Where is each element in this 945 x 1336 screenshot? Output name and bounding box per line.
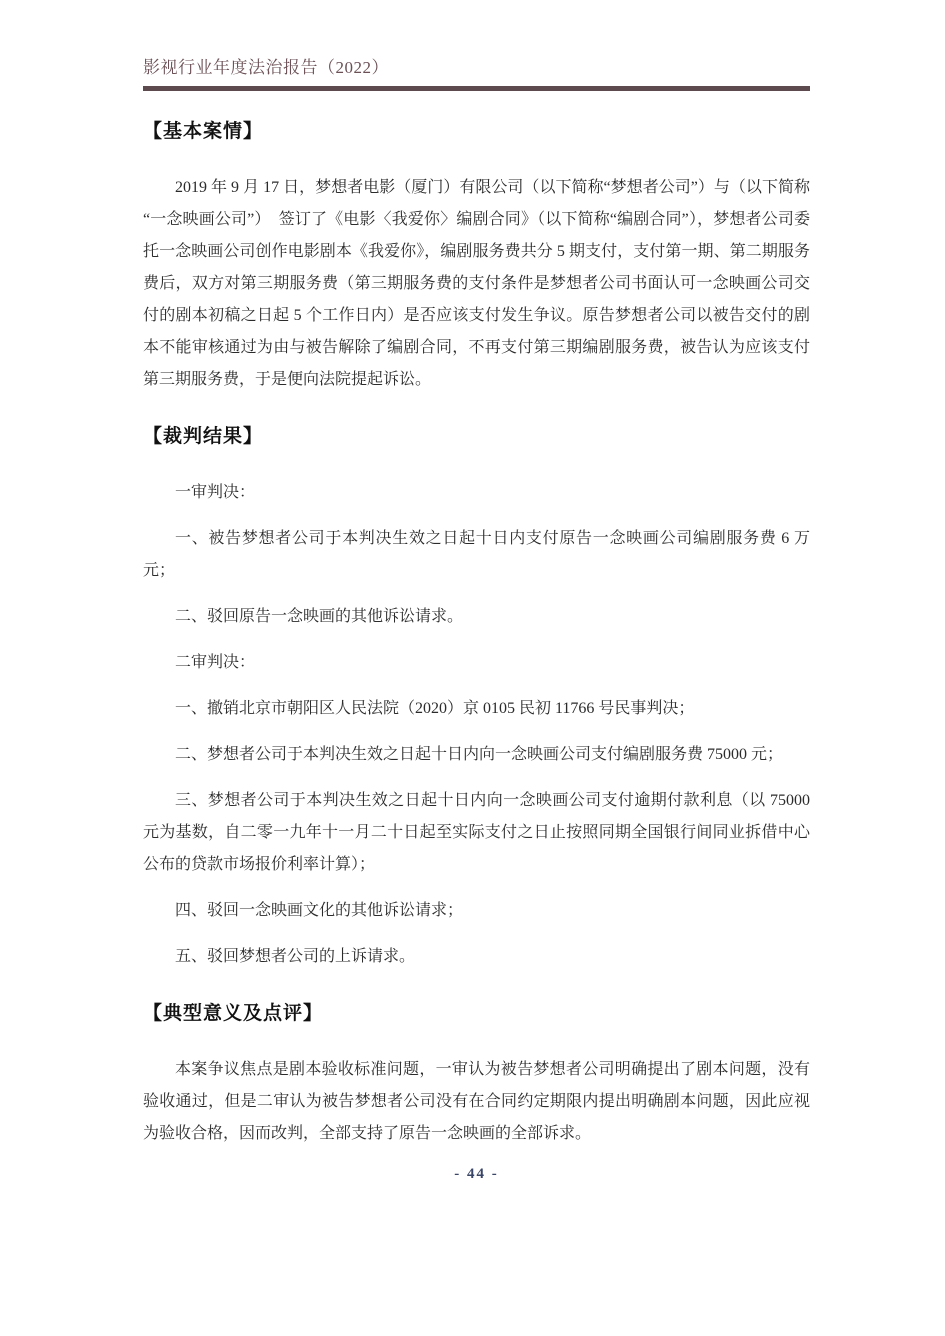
page-number: - 44 - <box>454 1166 499 1182</box>
paragraph: 一、被告梦想者公司于本判决生效之日起十日内支付原告一念映画公司编剧服务费 6 万… <box>143 523 810 587</box>
section-heading: 【基本案情】 <box>143 118 810 146</box>
report-title: 影视行业年度法治报告（2022） <box>143 56 810 80</box>
paragraph: 二、驳回原告一念映画的其他诉讼请求。 <box>143 601 810 633</box>
report-section: 【典型意义及点评】 本案争议焦点是剧本验收标准问题，一审认为被告梦想者公司明确提… <box>143 1000 810 1150</box>
running-header: 影视行业年度法治报告（2022） <box>143 56 810 91</box>
paragraph: 三、梦想者公司于本判决生效之日起十日内向一念映画公司支付逾期付款利息（以 750… <box>143 785 810 881</box>
report-section: 【裁判结果】 一审判决：一、被告梦想者公司于本判决生效之日起十日内支付原告一念映… <box>143 423 810 973</box>
section-paragraphs: 本案争议焦点是剧本验收标准问题，一审认为被告梦想者公司明确提出了剧本问题，没有验… <box>143 1054 810 1150</box>
document-body: 【基本案情】 2019 年 9 月 17 日，梦想者电影（厦门）有限公司（以下简… <box>143 118 810 1150</box>
paragraph: 二、梦想者公司于本判决生效之日起十日内向一念映画公司支付编剧服务费 75000 … <box>143 739 810 771</box>
document-page: 影视行业年度法治报告（2022） 【基本案情】 2019 年 9 月 17 日，… <box>0 0 945 1336</box>
paragraph: 四、驳回一念映画文化的其他诉讼请求； <box>143 895 810 927</box>
section-paragraphs: 2019 年 9 月 17 日，梦想者电影（厦门）有限公司（以下简称“梦想者公司… <box>143 172 810 396</box>
paragraph: 二审判决： <box>143 647 810 679</box>
report-section: 【基本案情】 2019 年 9 月 17 日，梦想者电影（厦门）有限公司（以下简… <box>143 118 810 396</box>
paragraph: 五、驳回梦想者公司的上诉请求。 <box>143 941 810 973</box>
paragraph: 2019 年 9 月 17 日，梦想者电影（厦门）有限公司（以下简称“梦想者公司… <box>143 172 810 396</box>
header-rule <box>143 86 810 91</box>
page-footer: - 44 - <box>143 1164 810 1184</box>
paragraph: 一审判决： <box>143 477 810 509</box>
paragraph: 一、撤销北京市朝阳区人民法院（2020）京 0105 民初 11766 号民事判… <box>143 693 810 725</box>
section-heading: 【典型意义及点评】 <box>143 1000 810 1028</box>
section-paragraphs: 一审判决：一、被告梦想者公司于本判决生效之日起十日内支付原告一念映画公司编剧服务… <box>143 477 810 973</box>
sections-container: 【基本案情】 2019 年 9 月 17 日，梦想者电影（厦门）有限公司（以下简… <box>143 118 810 1150</box>
paragraph: 本案争议焦点是剧本验收标准问题，一审认为被告梦想者公司明确提出了剧本问题，没有验… <box>143 1054 810 1150</box>
section-heading: 【裁判结果】 <box>143 423 810 451</box>
